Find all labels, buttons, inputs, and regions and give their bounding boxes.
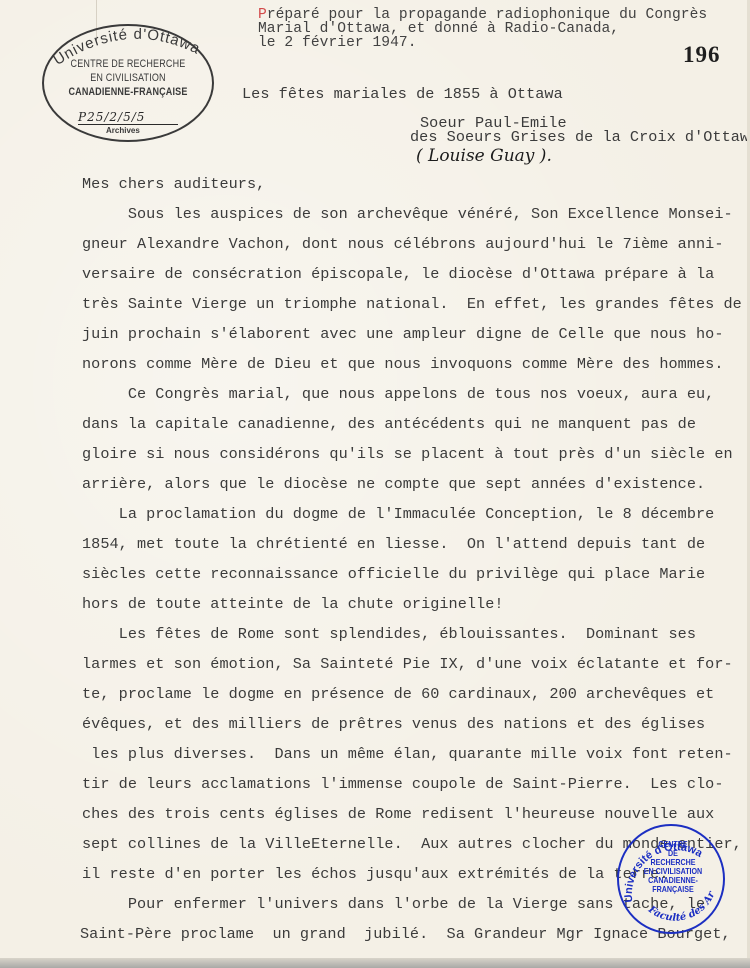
stamp-reference-number: P25/2/5/5	[78, 110, 178, 125]
page-number: 196	[683, 42, 721, 68]
body-line: larmes et son émotion, Sa Sainteté Pie I…	[82, 656, 733, 672]
body-line: norons comme Mère de Dieu et que nous in…	[82, 356, 723, 372]
stamp-line-1: CENTRE DE RECHERCHE	[56, 58, 200, 70]
body-line: gloire si nous considérons qu'ils se pla…	[82, 446, 733, 462]
salutation: Mes chers auditeurs,	[82, 176, 265, 192]
body-line: versaire de consécration épiscopale, le …	[82, 266, 714, 282]
stamp-line-2: EN CIVILISATION	[56, 72, 200, 84]
body-line: tir de leurs acclamations l'immense coup…	[82, 776, 723, 792]
stamp-line-3: CANADIENNE-FRANÇAISE	[56, 86, 200, 98]
document-page: Université d'Ottawa CENTRE DE RECHERCHE …	[0, 0, 750, 960]
stamp-line: FRANÇAISE	[631, 885, 716, 894]
body-line: hors de toute atteinte de la chute origi…	[82, 596, 504, 612]
body-line: arrière, alors que le diocèse ne compte …	[82, 476, 705, 492]
body-line: dans la capitale canadienne, des antécéd…	[82, 416, 696, 432]
body-line: très Sainte Vierge un triomphe national.…	[82, 296, 742, 312]
body-line: Sous les auspices de son archevêque véné…	[82, 206, 733, 222]
body-line: il reste d'en porter les échos jusqu'aux…	[82, 866, 669, 882]
document-title: Les fêtes mariales de 1855 à Ottawa	[242, 86, 563, 102]
author-congregation: des Soeurs Grises de la Croix d'Ottawa	[410, 129, 750, 145]
header-line-3: le 2 février 1947.	[258, 36, 417, 50]
body-line: évêques, et des milliers de prêtres venu…	[82, 716, 705, 732]
body-line: Pour enfermer l'univers dans l'orbe de l…	[82, 896, 705, 912]
body-line: siècles cette reconnaissance officielle …	[82, 566, 705, 582]
body-line: 1854, met toute la chrétienté en liesse.…	[82, 536, 705, 552]
faculty-stamp: Université d'Ottawa Faculté des Arts CEN…	[617, 824, 725, 934]
stamp-archives-label: Archives	[106, 126, 140, 135]
handwritten-note: ( Louise Guay ).	[416, 146, 552, 166]
body-line: Ce Congrès marial, que nous appelons de …	[82, 386, 714, 402]
body-line: ches des trois cents églises de Rome red…	[82, 806, 714, 822]
body-line: Les fêtes de Rome sont splendides, éblou…	[82, 626, 696, 642]
page-edge-bottom	[0, 958, 750, 968]
body-line: te, proclame le dogme en présence de 60 …	[82, 686, 714, 702]
header-line-1: Préparé pour la propagande radiophonique…	[258, 8, 707, 22]
body-line: La proclamation du dogme de l'Immaculée …	[82, 506, 714, 522]
body-line: gneur Alexandre Vachon, dont nous célébr…	[82, 236, 723, 252]
header-line-2: Marial d'Ottawa, et donné à Radio-Canada…	[258, 22, 619, 36]
body-line: juin prochain s'élaborent avec une ample…	[82, 326, 723, 342]
body-line: les plus diverses. Dans un même élan, qu…	[82, 746, 733, 762]
